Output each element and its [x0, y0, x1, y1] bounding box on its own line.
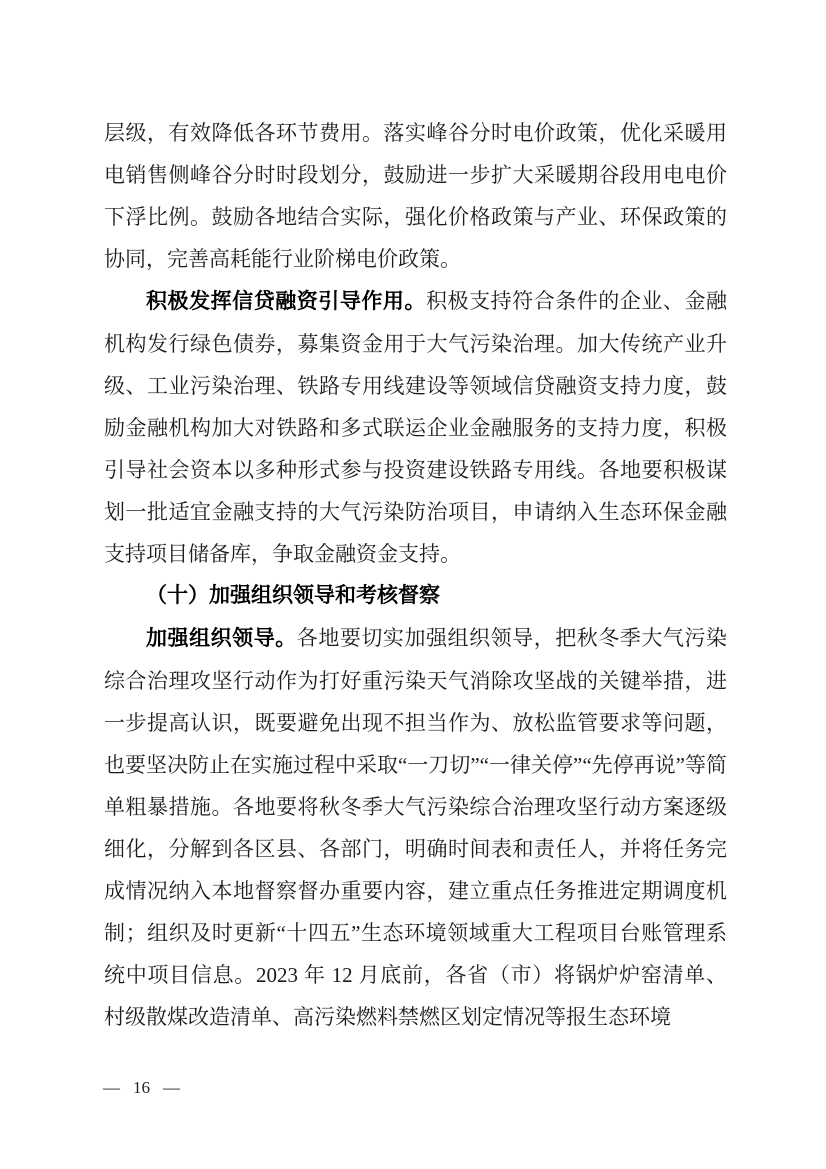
paragraph-electricity-pricing: 层级，有效降低各环节费用。落实峰谷分时电价政策，优化采暖用电销售侧峰谷分时时段划…: [104, 112, 727, 280]
paragraph-organization-leadership-text: 各地要切实加强组织领导，把秋冬季大气污染综合治理攻坚行动作为打好重污染天气消除攻…: [104, 626, 727, 1029]
paragraph-credit-financing: 积极发挥信贷融资引导作用。积极支持符合条件的企业、金融机构发行绿色债券，募集资金…: [104, 280, 727, 575]
section-heading-10: （十）加强组织领导和考核督察: [104, 575, 727, 617]
page-number: — 16 —: [103, 1078, 180, 1098]
paragraph-credit-financing-lead: 积极发挥信贷融资引导作用。: [146, 290, 426, 313]
footer-dash-left: —: [103, 1078, 120, 1098]
document-page: 层级，有效降低各环节费用。落实峰谷分时电价政策，优化采暖用电销售侧峰谷分时时段划…: [0, 0, 826, 1169]
document-body: 层级，有效降低各环节费用。落实峰谷分时电价政策，优化采暖用电销售侧峰谷分时时段划…: [104, 112, 727, 1038]
paragraph-credit-financing-text: 积极支持符合条件的企业、金融机构发行绿色债券，募集资金用于大气污染治理。加大传统…: [104, 289, 727, 566]
paragraph-organization-leadership: 加强组织领导。各地要切实加强组织领导，把秋冬季大气污染综合治理攻坚行动作为打好重…: [104, 617, 727, 1038]
footer-dash-right: —: [163, 1078, 180, 1098]
footer-page-number: 16: [133, 1078, 150, 1098]
paragraph-organization-leadership-lead: 加强组织领导。: [146, 627, 297, 650]
